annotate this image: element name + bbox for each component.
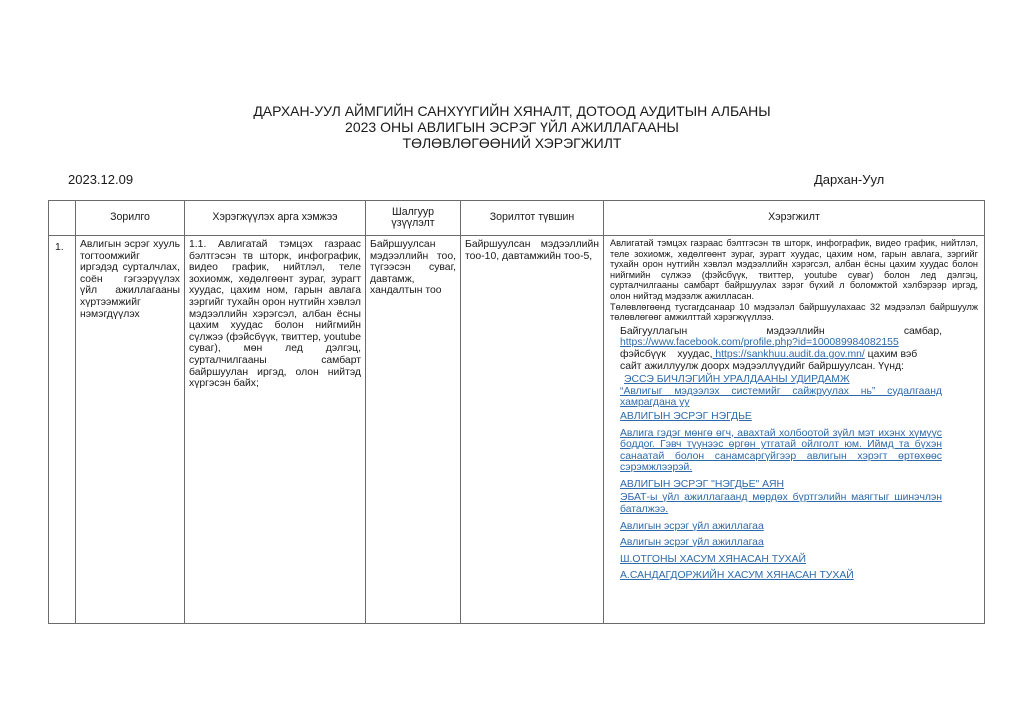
- document-place: Дархан-Уул: [814, 172, 884, 187]
- row-target: Байршуулсан мэдээллийн тоо-10, давтамжий…: [461, 236, 604, 624]
- result-paragraph-2: Төлөвлөгөөнд тусгагдсанаар 10 мэдээлэл б…: [610, 302, 978, 323]
- link-corruption-notice[interactable]: Авлига гэдэг мөнгө өгч, авахтай холбоото…: [620, 428, 942, 474]
- row-goal: Авлигын эсрэг хууль тогтоомжийг иргэдэд …: [76, 236, 185, 624]
- row-action: 1.1. Авлигатай тэмцэх газраас бэлтгэсэн …: [185, 236, 366, 624]
- link-sandagdorj-declaration[interactable]: А.САНДАГДОРЖИЙН ХАСУМ ХЯНАСАН ТУХАЙ: [620, 570, 942, 582]
- header-target: Зорилтот түвшин: [461, 201, 604, 236]
- header-goal: Зорилго: [76, 201, 185, 236]
- link-essay-guidelines[interactable]: ЭССЭ БИЧЛЭГИЙН УРАЛДААНЫ УДИРДАМЖ: [620, 374, 942, 386]
- header-result: Хэрэгжилт: [604, 201, 985, 236]
- link-unite-against-corruption[interactable]: АВЛИГЫН ЭСРЭГ НЭГДЬЕ: [620, 411, 942, 423]
- title-line-2: 2023 ОНЫ АВЛИГЫН ЭСРЭГ ҮЙЛ АЖИЛЛАГААНЫ: [0, 119, 1024, 135]
- implementation-table: Зорилго Хэрэгжүүлэх арга хэмжээ Шалгуур …: [48, 200, 985, 624]
- website-line: фэйсбүүк хуудас, https://sankhuu.audit.d…: [620, 349, 942, 361]
- link-otgon-declaration[interactable]: Ш.ОТГОНЫ ХАСУМ ХЯНАСАН ТУХАЙ: [620, 554, 942, 566]
- header-action: Хэрэгжүүлэх арга хэмжээ: [185, 201, 366, 236]
- title-line-1: ДАРХАН-УУЛ АЙМГИЙН САНХҮҮГИЙН ХЯНАЛТ, ДО…: [0, 103, 1024, 119]
- intro-line: сайт ажиллуулж доорх мэдээллүүдийг байрш…: [620, 361, 942, 373]
- facebook-link[interactable]: https://www.facebook.com/profile.php?id=…: [620, 337, 942, 349]
- header-num: [49, 201, 76, 236]
- title-line-3: ТӨЛӨВЛӨГӨӨНИЙ ХЭРЭГЖИЛТ: [0, 135, 1024, 151]
- link-survey[interactable]: “Авлигыг мэдээлэх системийг сайжруулах н…: [620, 386, 942, 409]
- row-result: Авлигатай тэмцэх газраас бэлтгэсэн тв шт…: [604, 236, 985, 624]
- link-registration-form[interactable]: ЭБАТ-ы үйл ажиллагаанд мөрдөх бүртгэлийн…: [620, 492, 942, 515]
- link-anti-corruption-activity-2[interactable]: Авлигын эсрэг үйл ажиллагаа: [620, 537, 942, 549]
- table-row: 1. Авлигын эсрэг хууль тогтоомжийг иргэд…: [49, 236, 985, 624]
- row-number: 1.: [49, 236, 76, 624]
- link-anti-corruption-activity-1[interactable]: Авлигын эсрэг үйл ажиллагаа: [620, 521, 942, 533]
- result-paragraph-1: Авлигатай тэмцэх газраас бэлтгэсэн тв шт…: [610, 238, 978, 302]
- board-label: Байгууллагын мэдээллийн самбар,: [620, 326, 942, 338]
- document-title: ДАРХАН-УУЛ АЙМГИЙН САНХҮҮГИЙН ХЯНАЛТ, ДО…: [0, 103, 1024, 151]
- link-unite-campaign[interactable]: АВЛИГЫН ЭСРЭГ "НЭГДЬЕ" АЯН: [620, 479, 942, 491]
- document-date: 2023.12.09: [68, 172, 133, 187]
- header-indicator: Шалгуур үзүүлэлт: [366, 201, 461, 236]
- result-links: Байгууллагын мэдээллийн самбар, https://…: [610, 326, 978, 582]
- table-header-row: Зорилго Хэрэгжүүлэх арга хэмжээ Шалгуур …: [49, 201, 985, 236]
- row-indicator: Байршуулсан мэдээллийн тоо, түгээсэн сув…: [366, 236, 461, 624]
- website-link[interactable]: https://sankhuu.audit.da.gov.mn/: [712, 349, 864, 360]
